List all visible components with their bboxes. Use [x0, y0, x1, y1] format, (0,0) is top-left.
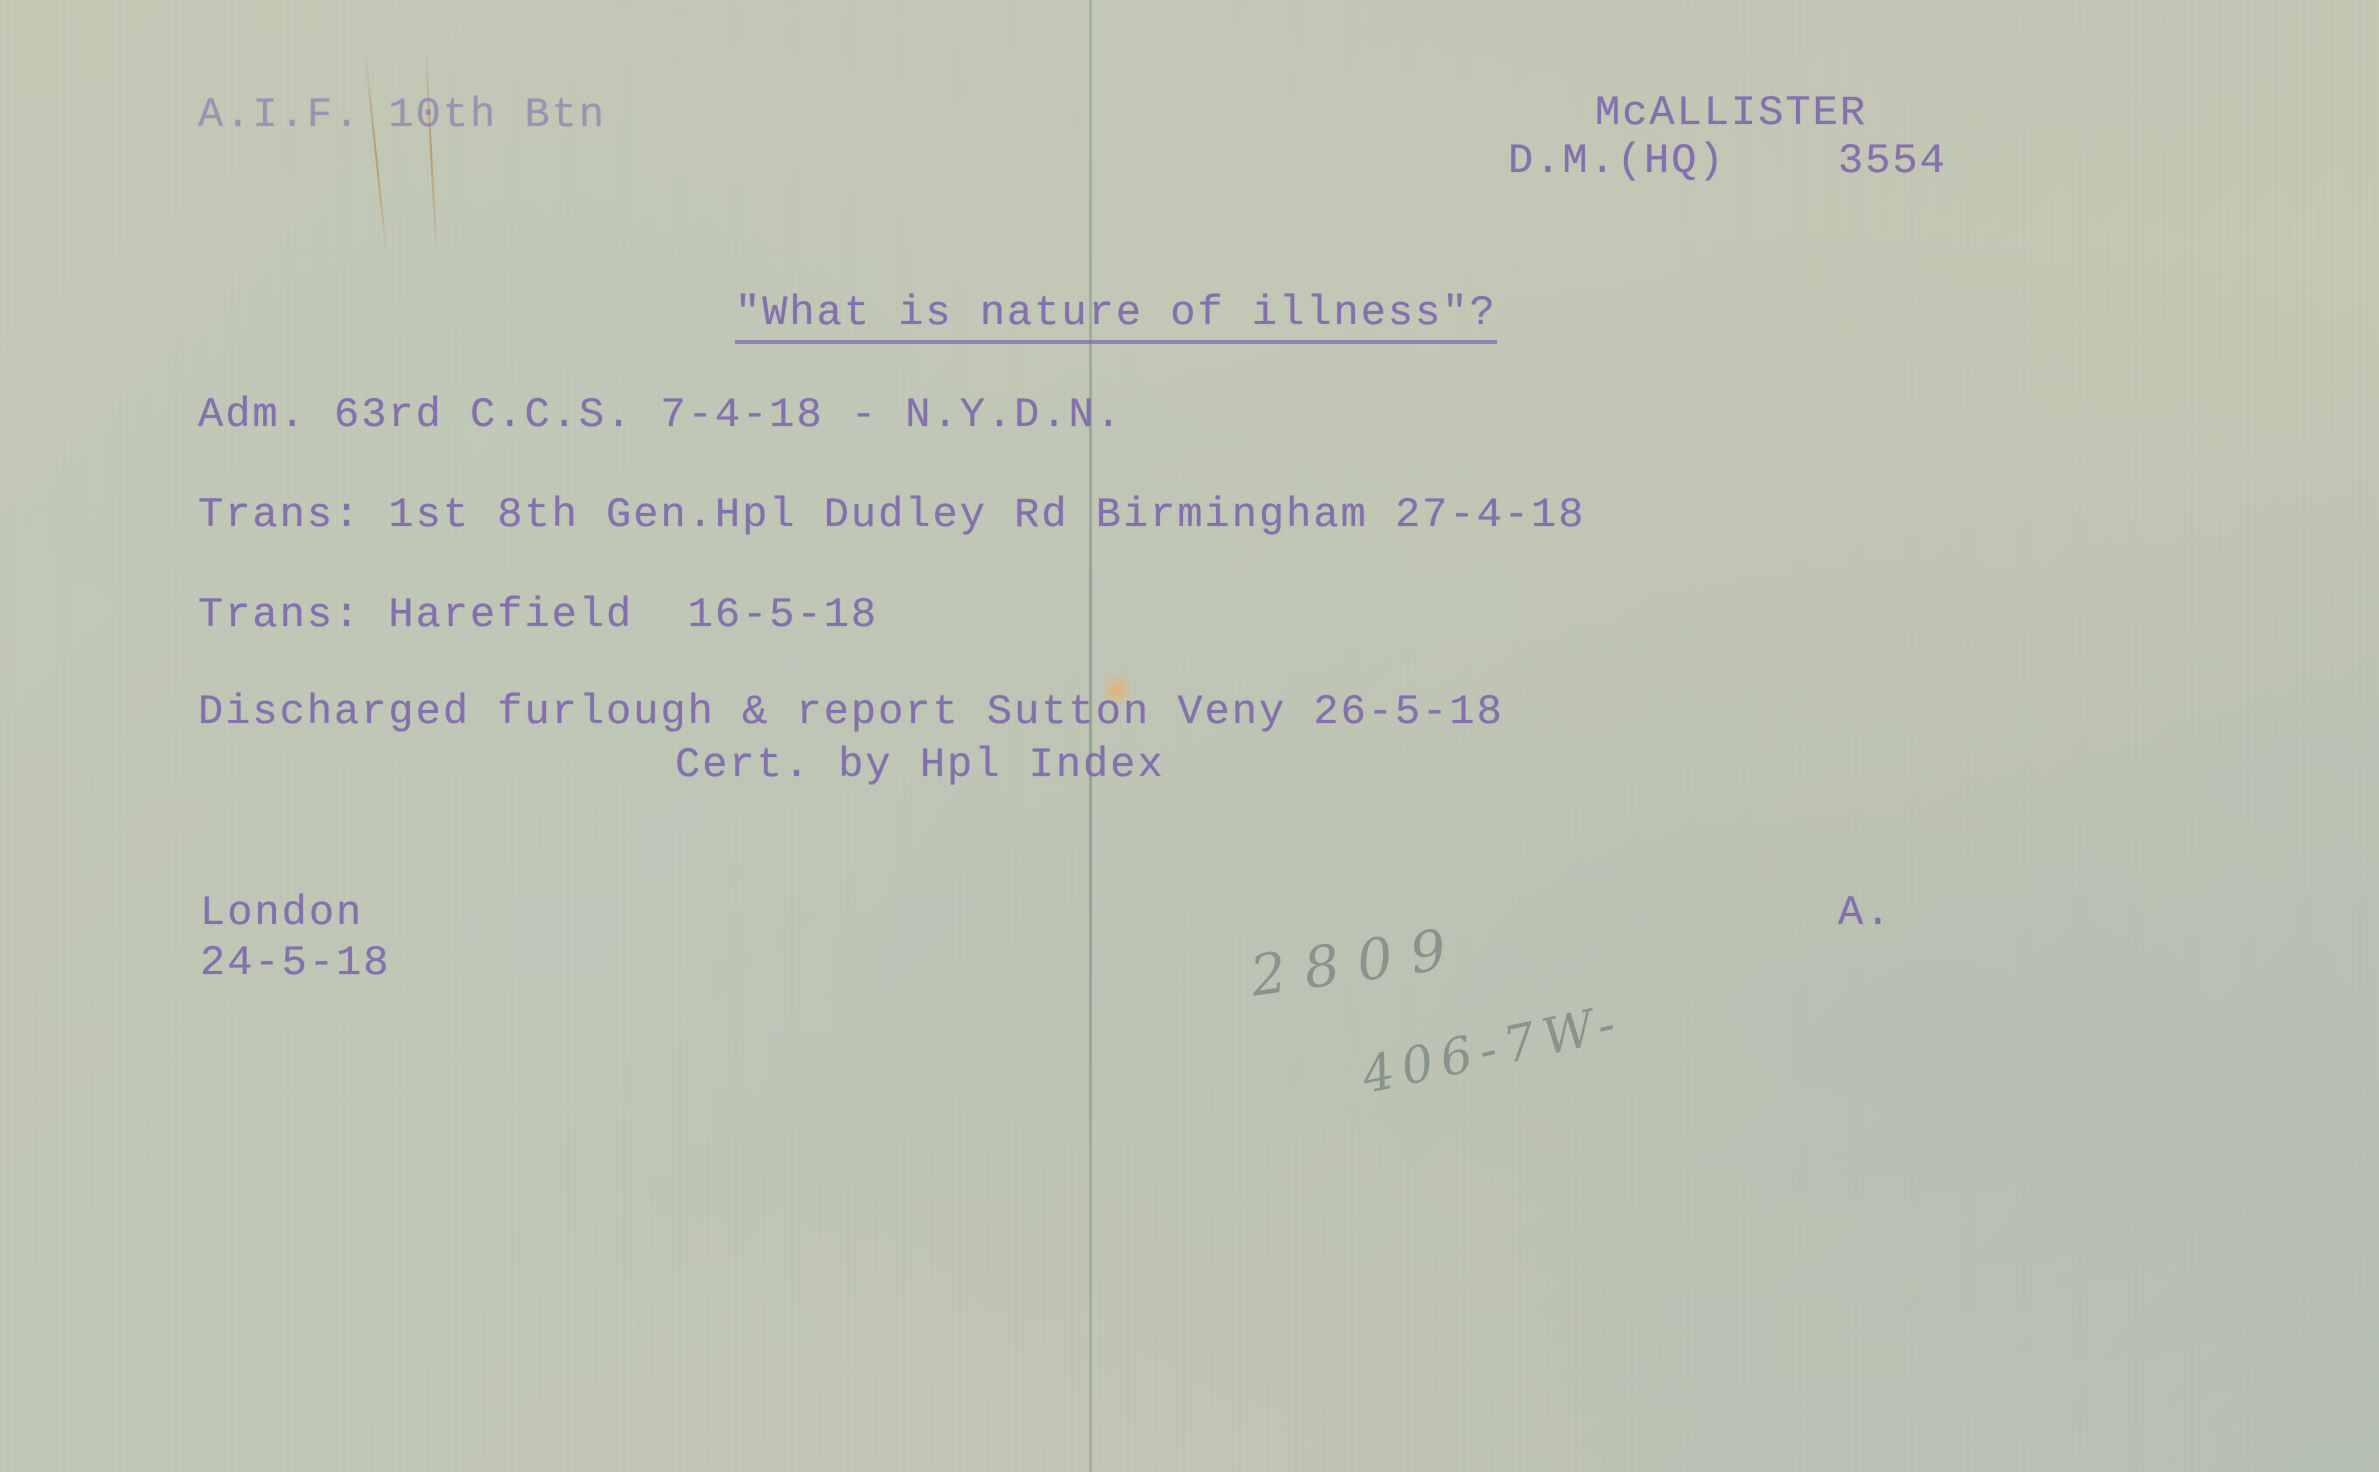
pin-mark [425, 55, 437, 245]
pin-mark [365, 60, 387, 249]
service-number: 3554 [1838, 136, 1947, 186]
service-label: D.M.(HQ) [1508, 136, 1726, 186]
entry-certification: Cert. by Hpl Index [675, 740, 1165, 790]
footer-date: 24-5-18 [200, 938, 390, 988]
surname: McALLISTER [1595, 88, 1867, 138]
entry-admission: Adm. 63rd C.C.S. 7-4-18 - N.Y.D.N. [198, 390, 1123, 440]
entry-transfer-1: Trans: 1st 8th Gen.Hpl Dudley Rd Birming… [198, 490, 1585, 540]
unit-label: A.I.F. 10th Btn [198, 90, 606, 140]
footer-initial: A. [1838, 888, 1892, 938]
record-card: A.I.F. 10th Btn McALLISTER D.M.(HQ) 3554… [0, 0, 2379, 1472]
footer-place: London [200, 888, 363, 938]
handwritten-number-1: 2809 [1247, 915, 1468, 1009]
entry-transfer-2: Trans: Harefield 16-5-18 [198, 590, 878, 640]
entry-discharge: Discharged furlough & report Sutton Veny… [198, 687, 1504, 737]
handwritten-number-2: 406-7W- [1357, 993, 1628, 1105]
question-heading: "What is nature of illness"? [735, 288, 1497, 344]
